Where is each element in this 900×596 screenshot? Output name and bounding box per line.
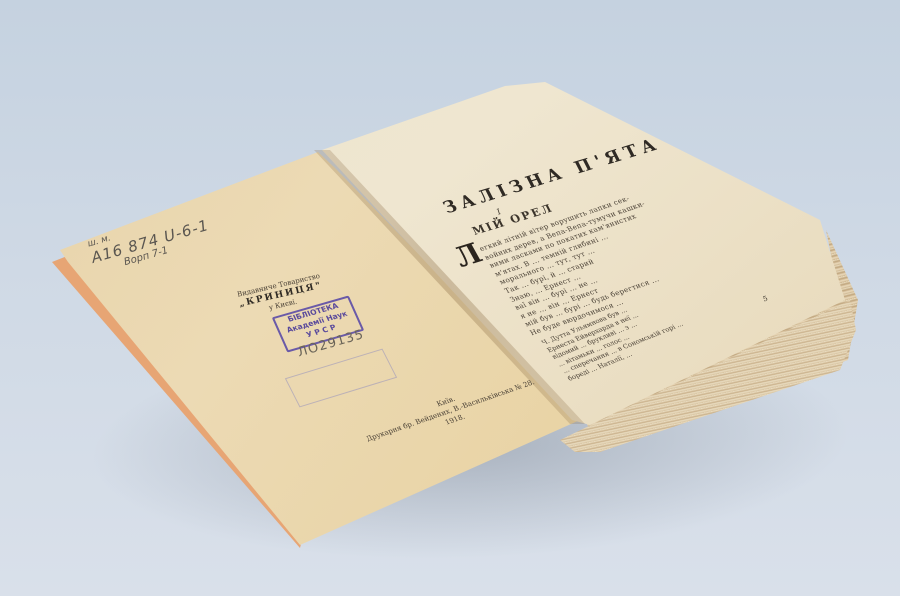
book-photo-scene: ЗАЛІЗНА П'ЯТА I МІЙ ОРЕЛ Л егкий літній …: [0, 0, 900, 596]
